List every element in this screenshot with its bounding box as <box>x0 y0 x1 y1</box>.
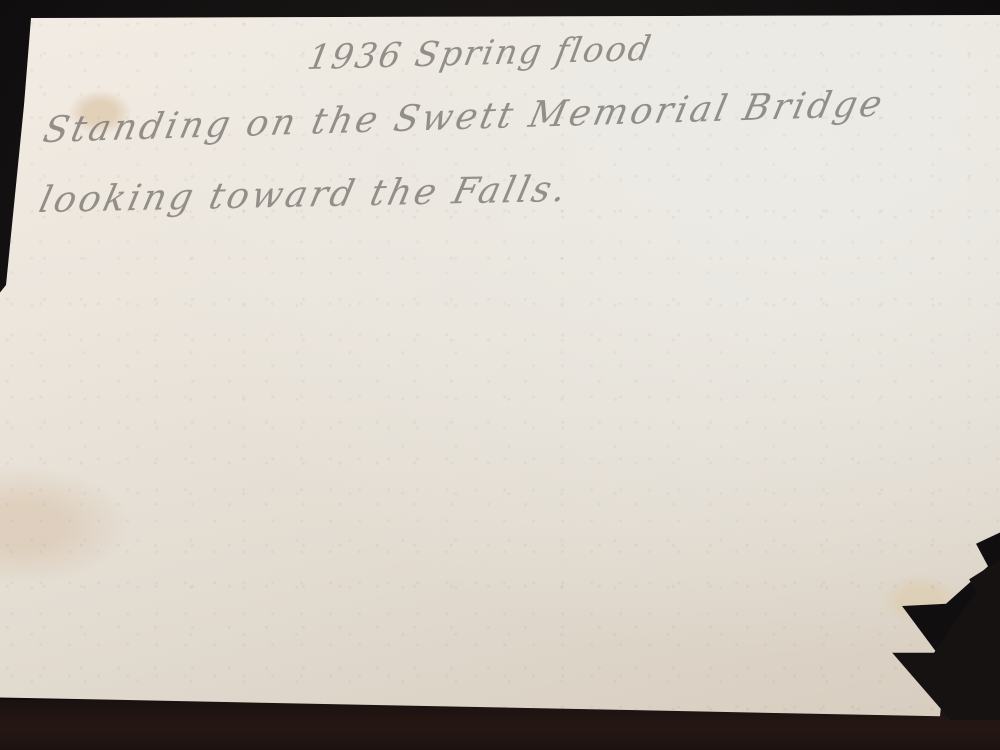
photo-scene: 1936 Spring flood Standing on the Swett … <box>0 0 1000 750</box>
